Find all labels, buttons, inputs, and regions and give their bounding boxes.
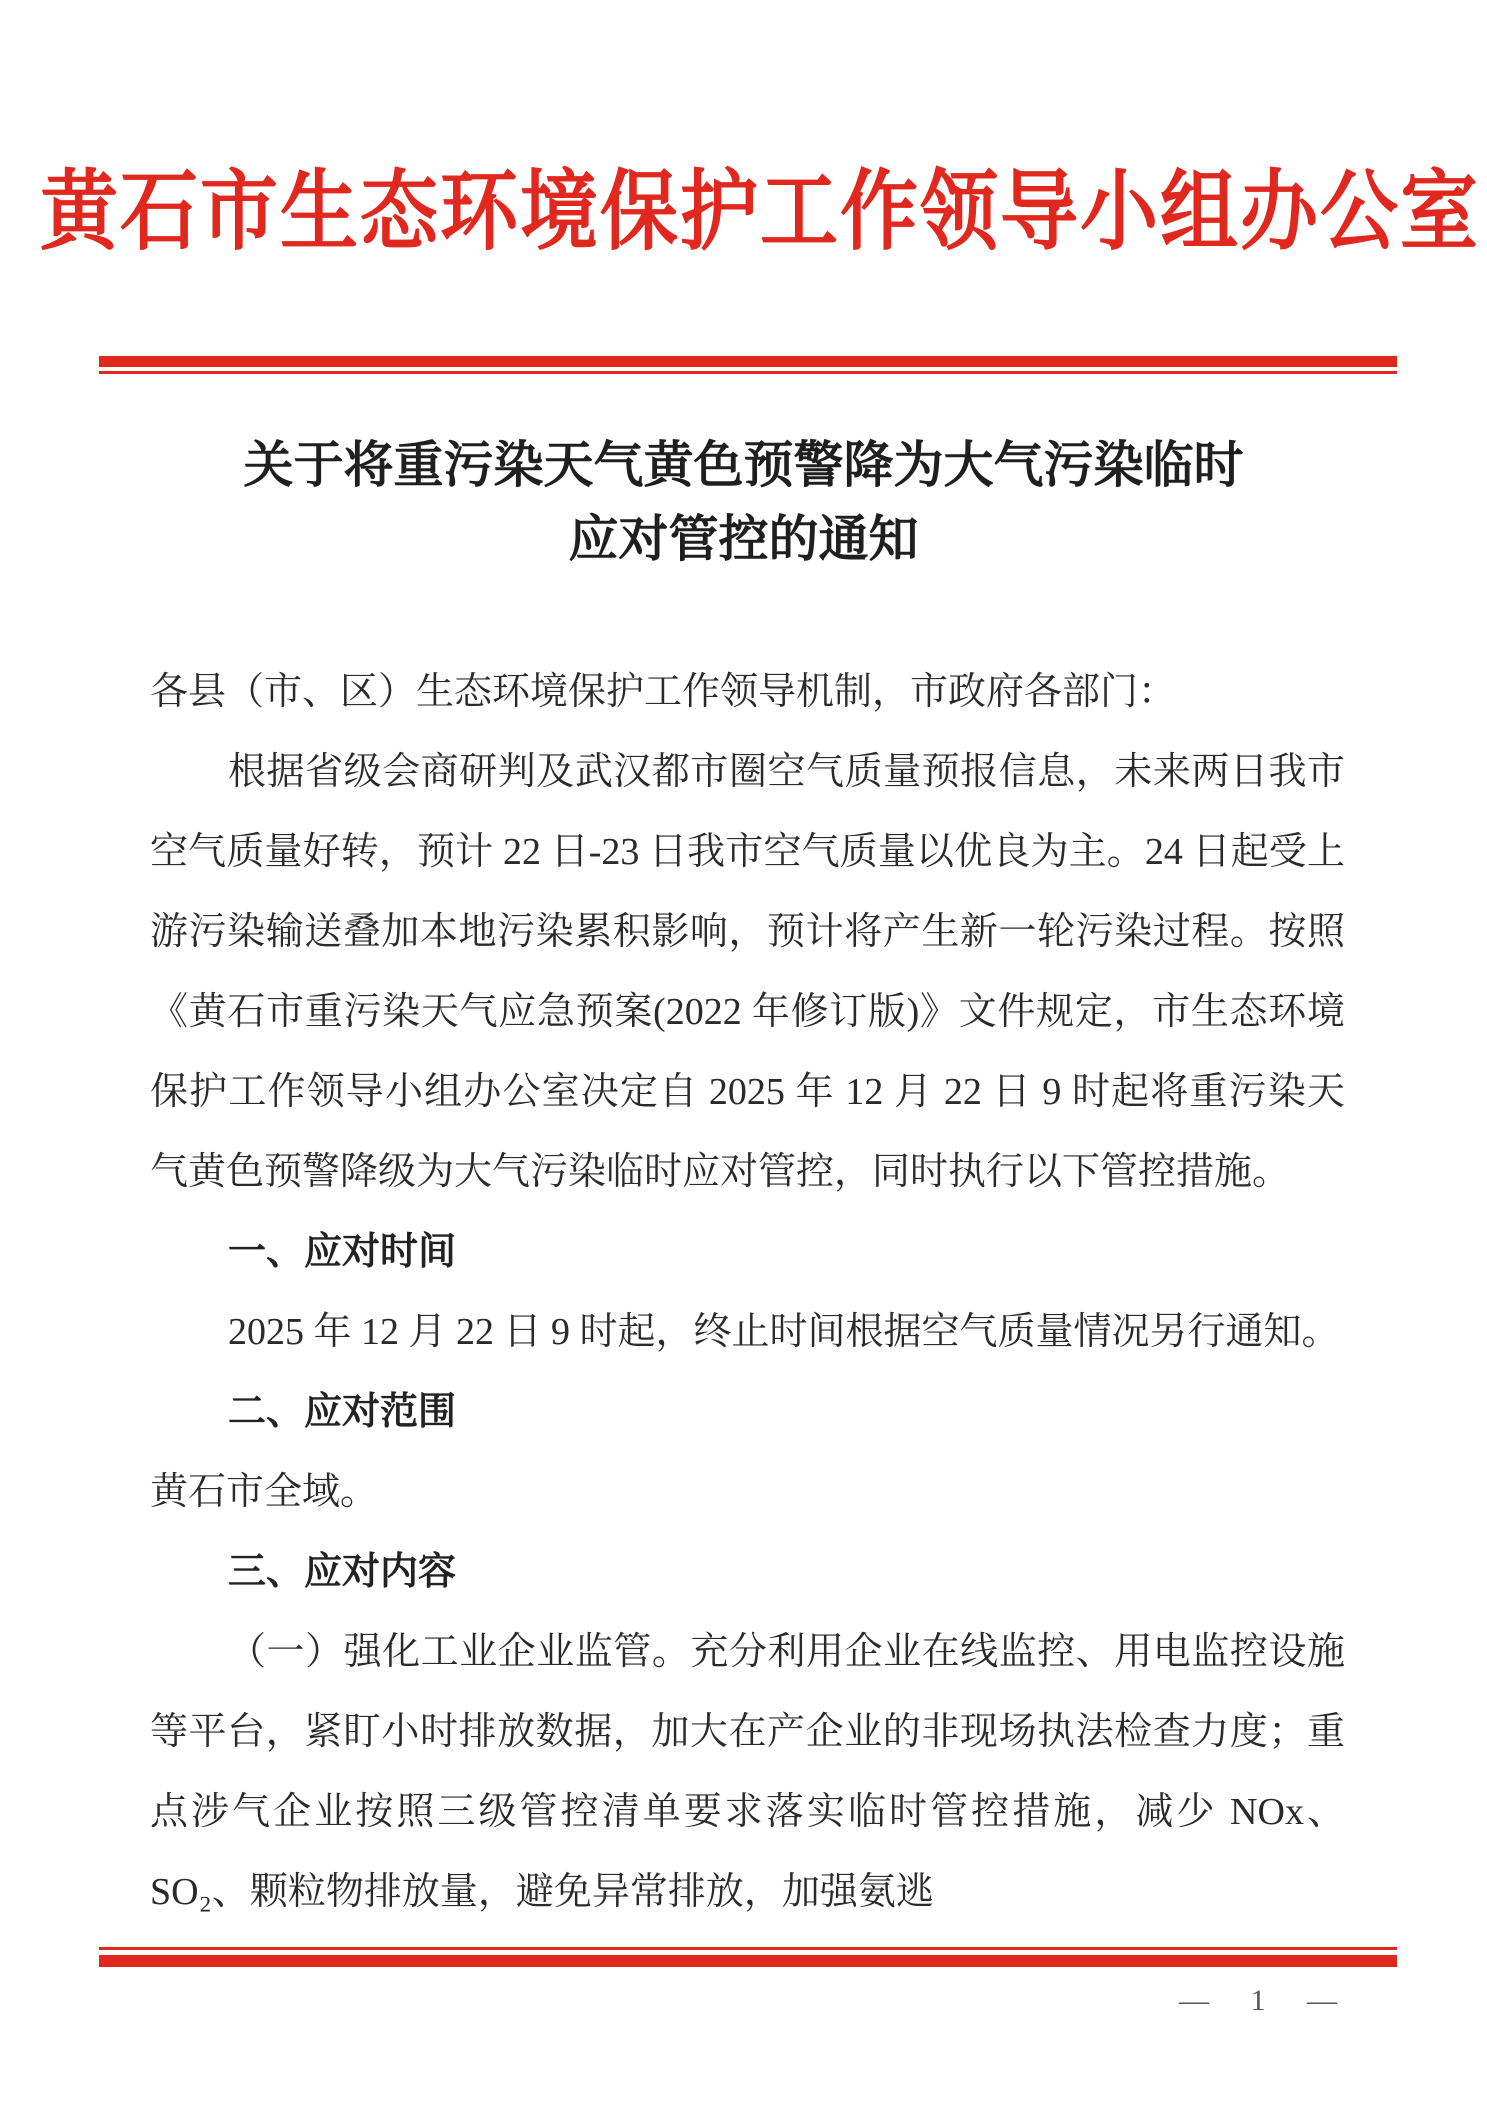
paragraph-response-content: （一）强化工业企业监管。充分利用企业在线监控、用电监控设施等平台，紧盯小时排放数… [150, 1612, 1345, 1932]
page-number: — 1 — [1179, 1984, 1341, 2018]
section-heading-3-response-content: 三、应对内容 [150, 1532, 1345, 1612]
paragraph-response-time: 2025 年 12 月 22 日 9 时起，终止时间根据空气质量情况另行通知。 [150, 1292, 1345, 1372]
section-heading-1-response-time: 一、应对时间 [150, 1212, 1345, 1292]
footer-rule-thin [99, 1947, 1397, 1950]
document-page: 黄石市生态环境保护工作领导小组办公室 关于将重污染天气黄色预警降为大气污染临时 … [0, 0, 1487, 2110]
paragraph-intro: 根据省级会商研判及武汉都市圈空气质量预报信息，未来两日我市空气质量好转，预计 2… [150, 732, 1345, 1212]
letterhead-rule-thin [99, 371, 1397, 374]
document-body: 各县（市、区）生态环境保护工作领导机制，市政府各部门： 根据省级会商研判及武汉都… [150, 652, 1345, 1932]
letterhead-org-name: 黄石市生态环境保护工作领导小组办公室 [40, 142, 1447, 267]
section-heading-2-response-scope: 二、应对范围 [150, 1372, 1345, 1452]
document-title: 关于将重污染天气黄色预警降为大气污染临时 应对管控的通知 [110, 428, 1377, 576]
document-title-line2: 应对管控的通知 [110, 502, 1377, 576]
letterhead-rule-thick [99, 356, 1397, 367]
paragraph-response-scope: 黄石市全域。 [150, 1452, 1345, 1532]
footer-rule-thick [99, 1955, 1397, 1967]
document-title-line1: 关于将重污染天气黄色预警降为大气污染临时 [110, 428, 1377, 502]
salutation-line: 各县（市、区）生态环境保护工作领导机制，市政府各部门： [150, 652, 1345, 732]
